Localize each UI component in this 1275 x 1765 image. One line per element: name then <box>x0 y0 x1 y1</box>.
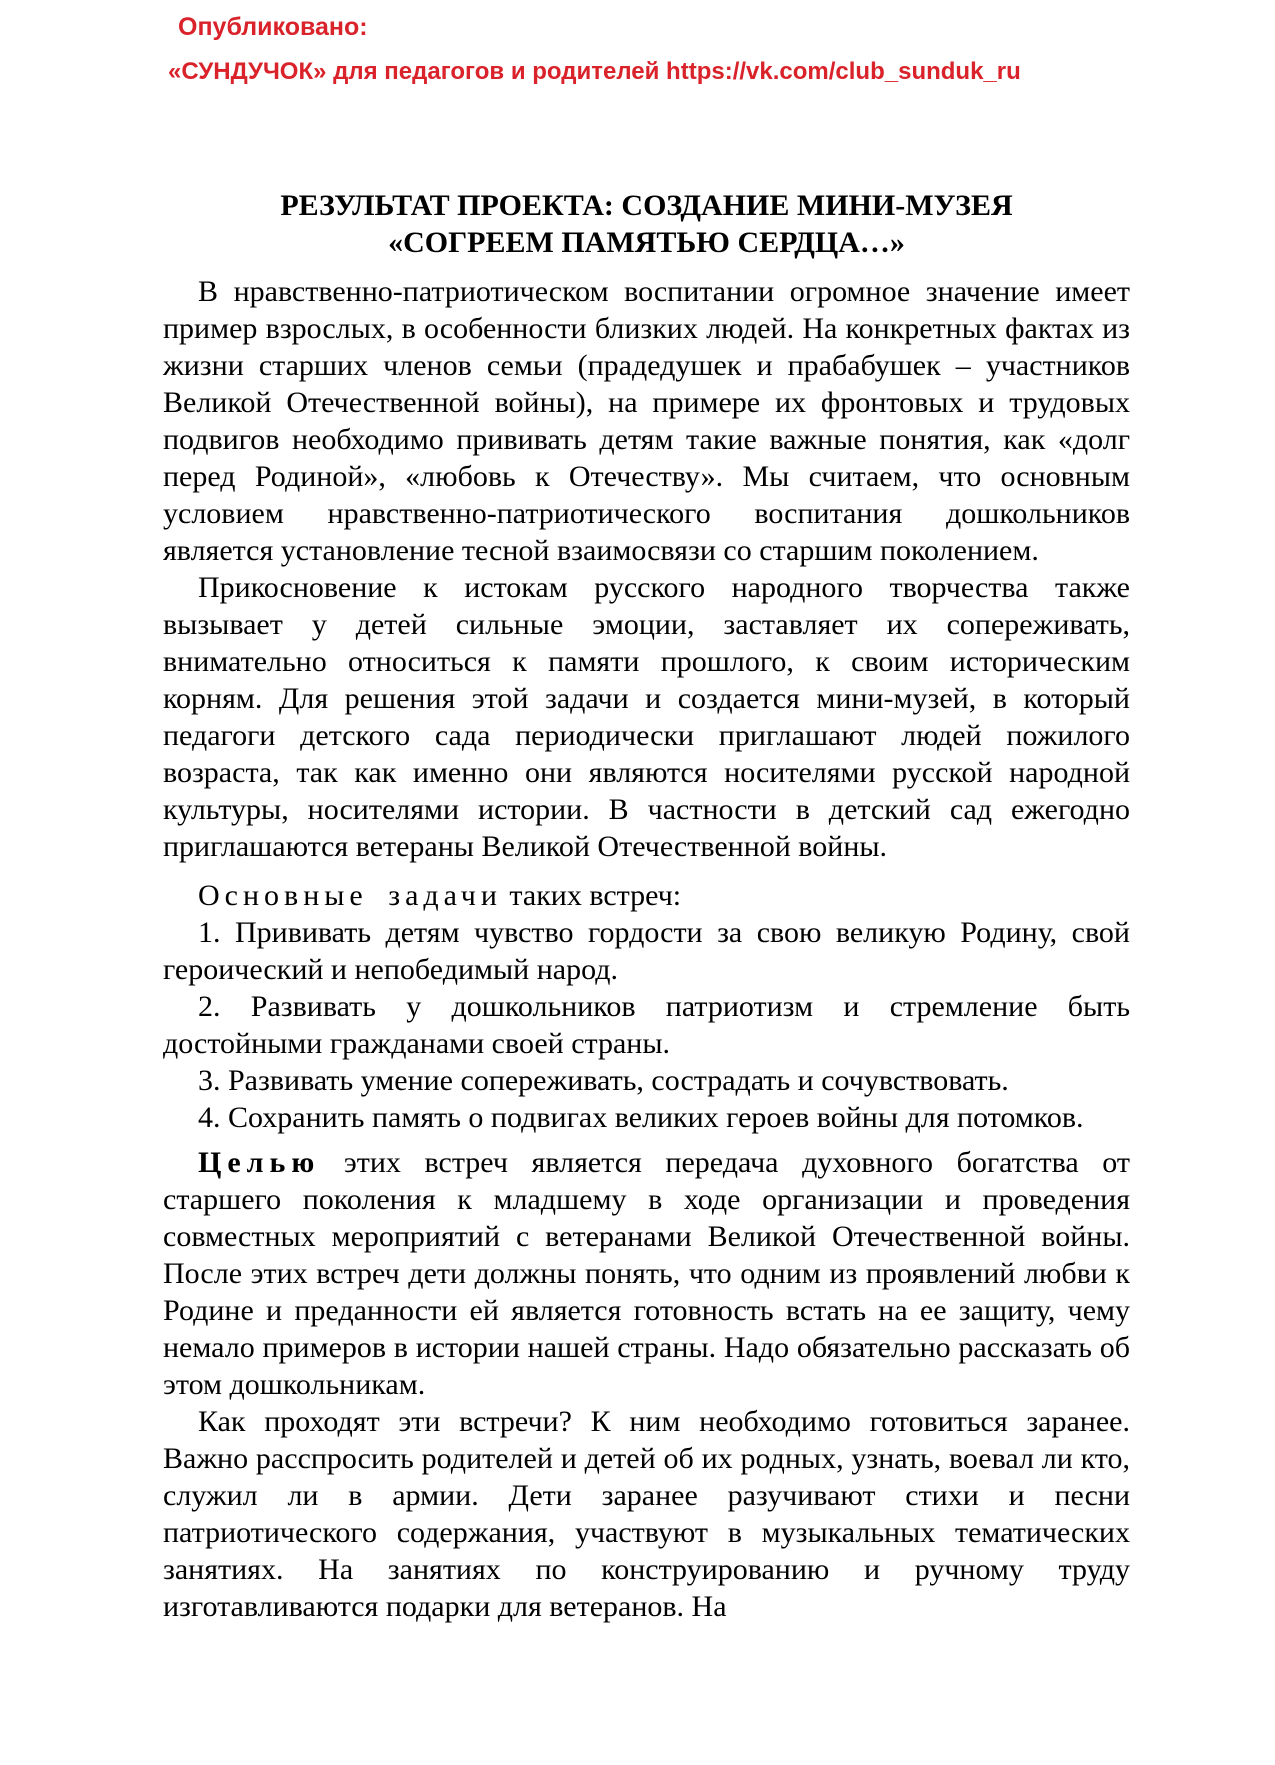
closing-paragraph: Как проходят эти встречи? К ним необходи… <box>163 1403 1130 1625</box>
goal-paragraph-text: этих встреч является передача духовного … <box>163 1146 1130 1401</box>
task-item-4: 4. Сохранить память о подвигах великих г… <box>163 1099 1130 1136</box>
paragraph-folk-roots: Прикосновение к истокам русского народно… <box>163 569 1130 865</box>
article-body: В нравственно-патриотическом воспитании … <box>163 273 1130 1625</box>
publication-header: Опубликовано: «СУНДУЧОК» для педагогов и… <box>163 12 1130 87</box>
document-title: РЕЗУЛЬТАТ ПРОЕКТА: СОЗДАНИЕ МИНИ-МУЗЕЯ «… <box>163 187 1130 261</box>
task-item-1: 1. Прививать детям чувство гордости за с… <box>163 914 1130 988</box>
goal-lead-word: Целью <box>198 1146 320 1179</box>
paragraph-upbringing: В нравственно-патриотическом воспитании … <box>163 273 1130 569</box>
document-page: Опубликовано: «СУНДУЧОК» для педагогов и… <box>0 0 1275 1765</box>
tasks-heading-spaced-text: Основные задачи <box>198 879 502 912</box>
tasks-heading: Основные задачи таких встреч: <box>163 877 1130 914</box>
source-line: «СУНДУЧОК» для педагогов и родителей htt… <box>168 57 1130 87</box>
document-title-line2: «СОГРЕЕМ ПАМЯТЬЮ СЕРДЦА…» <box>388 226 905 259</box>
document-title-line1: РЕЗУЛЬТАТ ПРОЕКТА: СОЗДАНИЕ МИНИ-МУЗЕЯ <box>280 189 1012 222</box>
tasks-heading-normal-text: таких встреч: <box>502 879 681 912</box>
source-url-link[interactable]: https://vk.com/club_sunduk_ru <box>666 58 1021 85</box>
goal-paragraph: Целью этих встреч является передача духо… <box>163 1144 1130 1403</box>
source-line-text: «СУНДУЧОК» для педагогов и родителей <box>168 58 666 85</box>
published-label: Опубликовано: <box>178 12 1130 42</box>
task-item-2: 2. Развивать у дошкольников патриотизм и… <box>163 988 1130 1062</box>
task-item-3: 3. Развивать умение сопереживать, состра… <box>163 1062 1130 1099</box>
